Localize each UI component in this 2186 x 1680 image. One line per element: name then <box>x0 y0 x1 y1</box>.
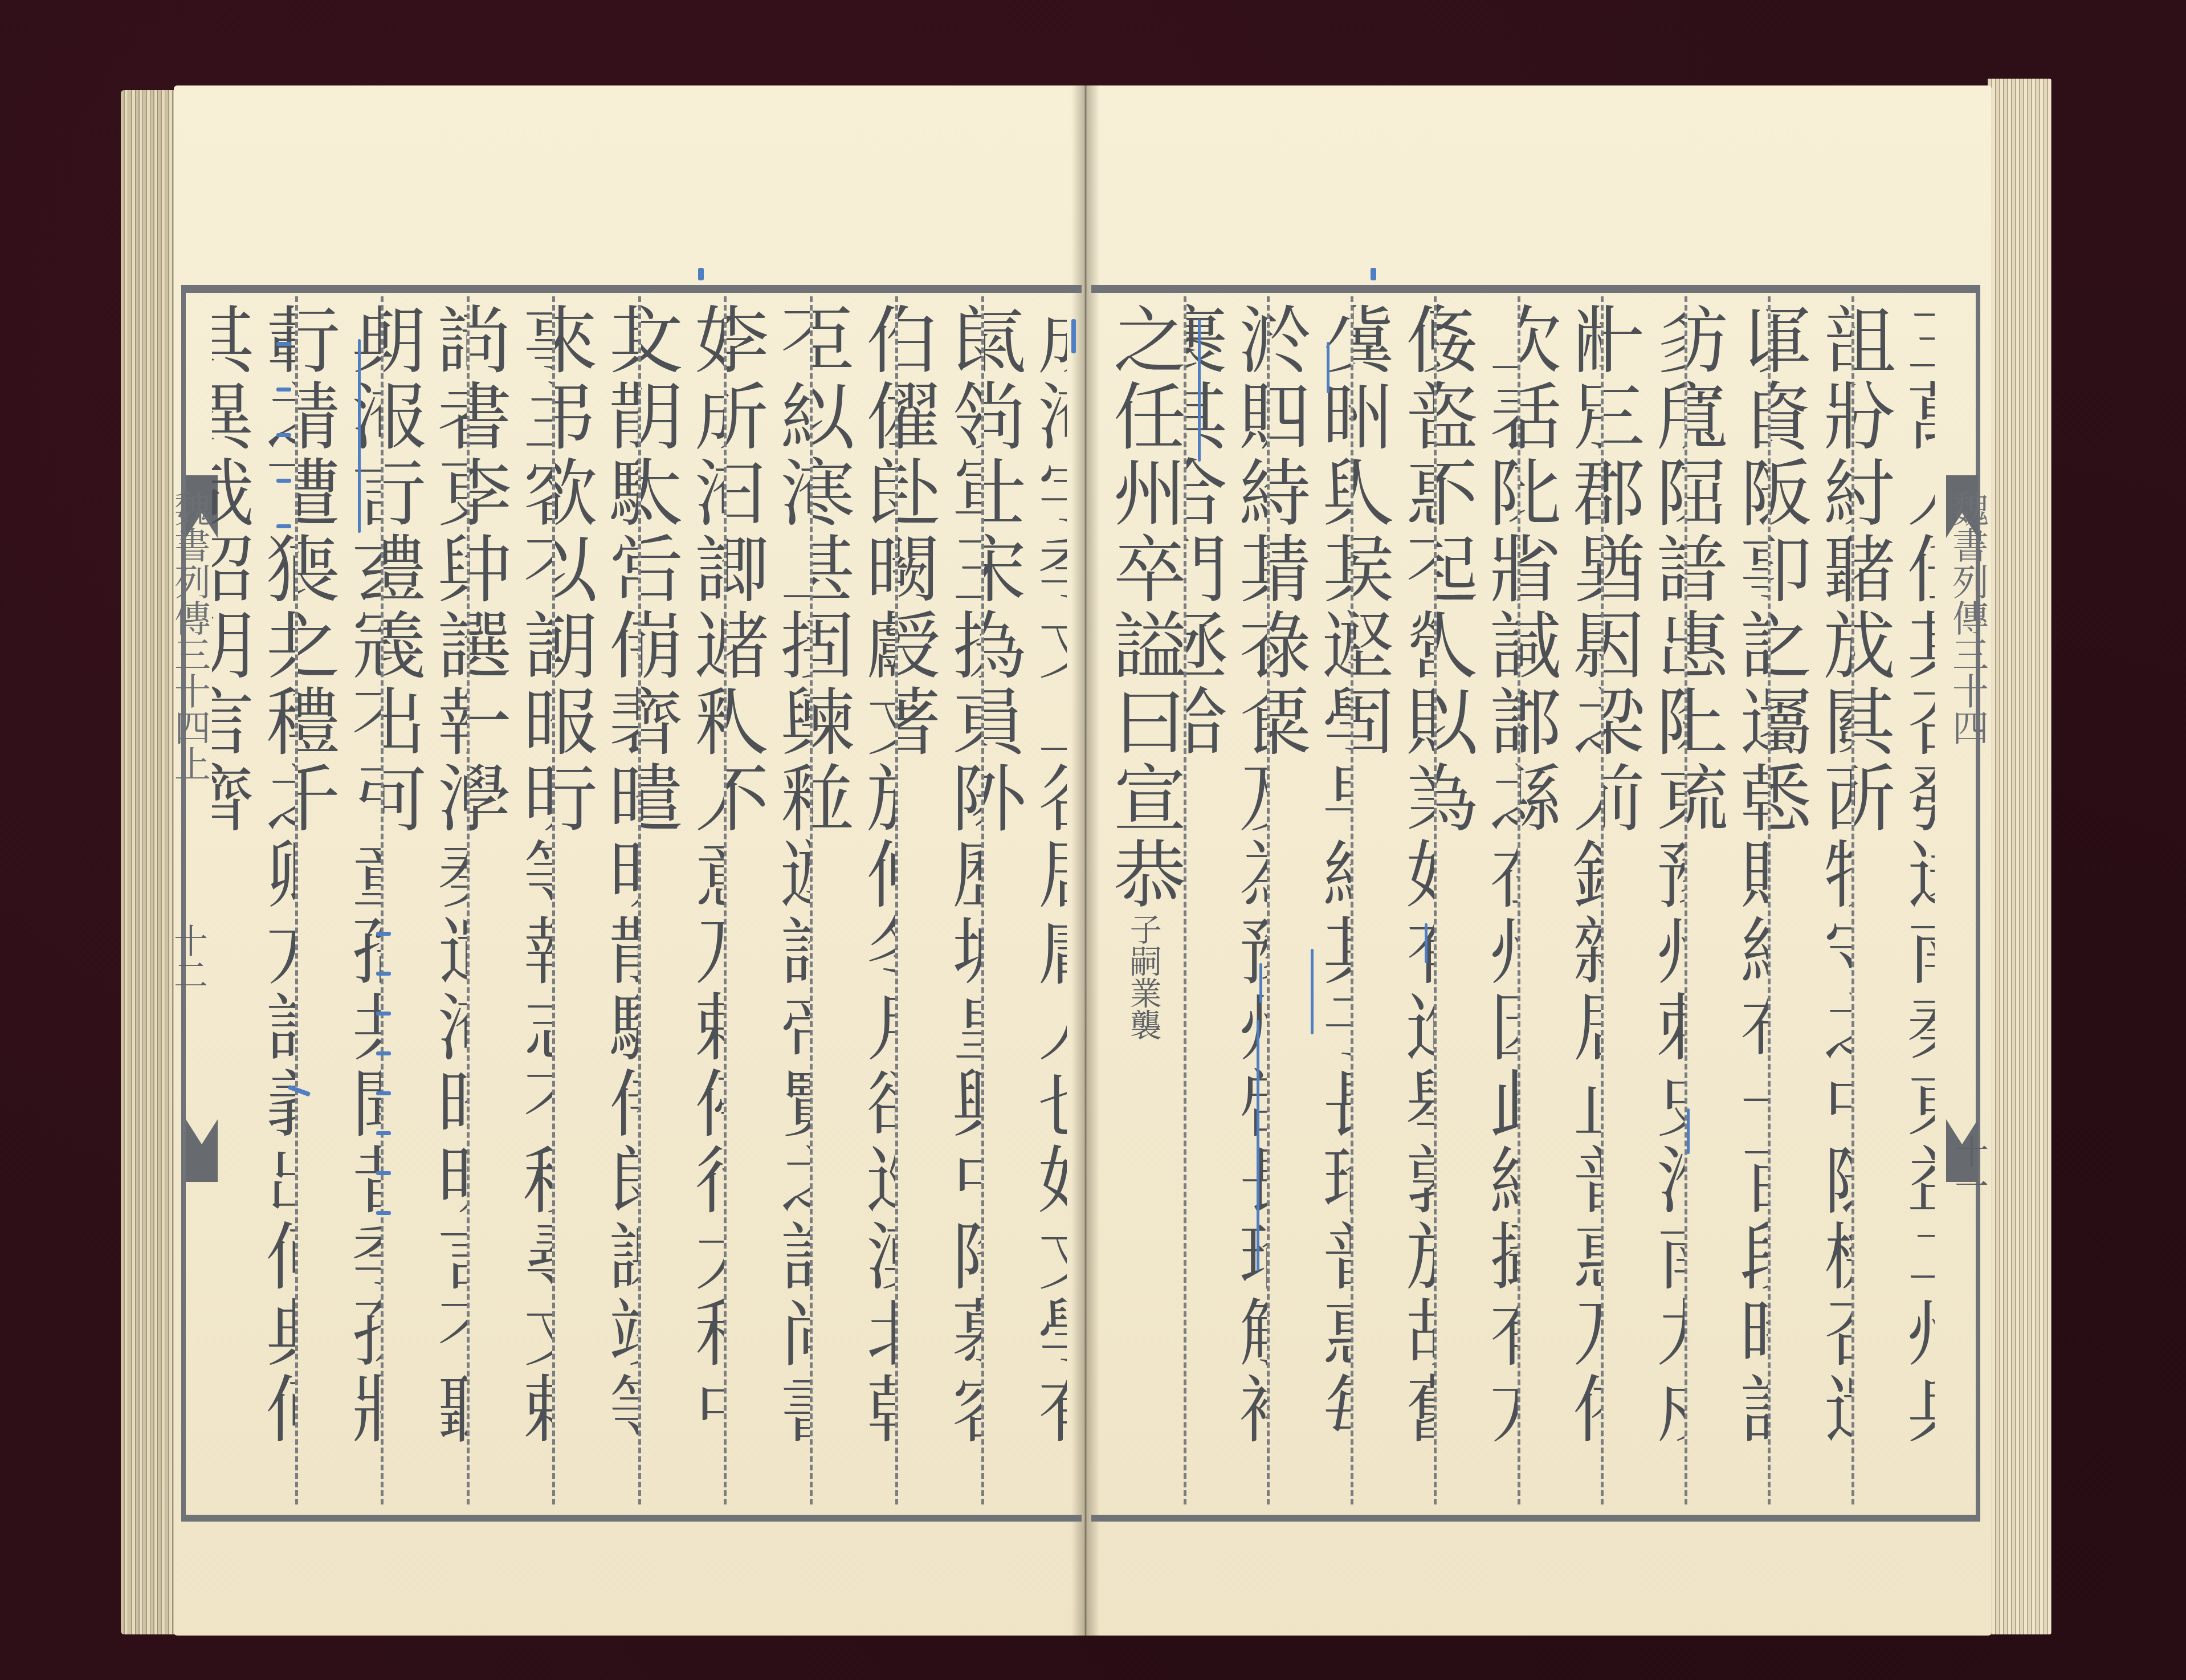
blue-annotation-line <box>1259 963 1262 1003</box>
right-page-number: 十一 <box>1952 1134 1986 1202</box>
text-column: 載之下猶共稱之卿方謂義出何典何其異哉昭明言齊 <box>212 296 295 1504</box>
column-main-text: 之任州卒謚曰宣恭 <box>1103 302 1184 913</box>
blue-annotation-line <box>1198 319 1201 462</box>
left-page-banxin-column <box>181 293 215 1518</box>
text-column: 多所陳論出除東豫州刺史淮南九戍十三郡猶因梁前 <box>1601 296 1685 1504</box>
text-column: 事主客不許昭明等執志不移尋文敕尚書李沖選一學 <box>467 296 553 1504</box>
blue-annotation-mark <box>698 268 704 280</box>
blue-annotation-mark <box>376 1091 391 1095</box>
text-column: 三萬人任其召發送南秦東益二州兵租分付諸戍其所 <box>1851 296 1935 1504</box>
text-column: 不納淹上接輿釋遊論帝覽之詔尚書李訢曰卿諸人不 <box>724 296 810 1504</box>
blue-annotation-line <box>1687 1108 1690 1154</box>
blue-annotation-mark <box>276 479 291 483</box>
text-column: 部將統聽於關西牧守之中隨機召遣軍資板印之屬悉 <box>1768 296 1851 1504</box>
blue-annotation-mark <box>376 1171 391 1175</box>
text-column-final: 之任州卒謚曰宣恭 子嗣業襲 <box>1103 296 1184 1504</box>
left-page-text-columns: 成淹字季文上谷居庸人也好文學有氣尚仕宋為員外 郎領軍王援東陽歷城皇興中降慕容白曜… <box>212 296 1067 1504</box>
right-page-stack-edge <box>1988 79 2052 1634</box>
blue-annotation-mark <box>276 388 291 392</box>
text-column: 作佐郎時獻文於仲冬月欲巡漠北朝臣以寒甚固諫並 <box>810 296 896 1504</box>
blue-annotation-line <box>1257 1020 1259 1271</box>
blue-annotation-line <box>358 339 361 533</box>
text-column: 典淹言玄冠不弔童孺共聞昔季孫將行請遭喪之禮千 <box>295 296 381 1504</box>
blue-annotation-line <box>1311 949 1314 1034</box>
right-margin-heading: 魏書列傳三十四 <box>1949 490 1985 745</box>
blue-annotation-mark <box>376 972 391 976</box>
text-column: 以自隨事訖還朝賜絹布一百段時詔訪寬屈普惠上疏 <box>1685 296 1768 1504</box>
blue-annotation-mark <box>276 433 291 437</box>
left-page-stack-edge <box>121 90 178 1634</box>
text-column: 郎領軍王援東陽歷城皇興中降慕容白曜赴闕授著 <box>895 296 981 1504</box>
blue-annotation-mark <box>1071 319 1076 353</box>
blue-annotation-mark <box>376 1131 391 1135</box>
text-column: 成淹字季文上谷居庸人也好文學有氣尚仕宋為員外 <box>981 296 1067 1504</box>
left-margin-heading: 魏書列傳三十四上 <box>171 490 207 782</box>
blue-annotation-mark <box>276 524 291 528</box>
blue-annotation-line <box>1327 342 1329 393</box>
right-page-text-columns: 三萬人任其召發送南秦東益二州兵租分付諸戍其所 部將統聽於關西牧守之中隨機召遣軍資… <box>1103 296 1935 1504</box>
text-column: 其散騎常侍裴昭明散騎侍郎謝竣等來弔欲以朝服行 <box>552 296 638 1504</box>
blue-annotation-mark <box>376 1211 391 1215</box>
text-column: 減贍給其衣食及為豫州啓長瑜解褐裹其合門拯給 <box>1184 296 1267 1504</box>
text-column: 上表陳狀詔許之在州因此綰攝有方姦盜不起人以為 <box>1434 296 1518 1504</box>
right-page-banxin-column <box>1946 293 1980 1518</box>
blue-annotation-mark <box>376 1012 391 1016</box>
text-column: 少時與其遊學早終其子長瑜普惠每於四時請祿粟 <box>1267 296 1351 1504</box>
blue-annotation-mark <box>376 932 391 936</box>
column-interlinear-note: 子嗣業襲 <box>1126 913 1160 1041</box>
blue-annotation-mark <box>1371 268 1376 280</box>
blue-annotation-mark <box>276 342 291 346</box>
blue-annotation-mark <box>376 1051 391 1055</box>
text-column: 便普惠不營財業好有進舉敦於故舊冀州人侯堅固 <box>1351 296 1434 1504</box>
text-column: 敝別郡異縣之人錯雜居止普惠乃依次括比省減郡縣 <box>1518 296 1601 1504</box>
blue-annotation-line <box>1425 923 1428 963</box>
left-page-number: 十二 <box>171 923 205 992</box>
text-column: 如成淹論遍釋人意乃敕停行太和中文明太后崩齊遣 <box>638 296 724 1504</box>
text-column: 識者更與論執沖奏遣淹昭明言不聽朝服行禮義出何 <box>381 296 467 1504</box>
